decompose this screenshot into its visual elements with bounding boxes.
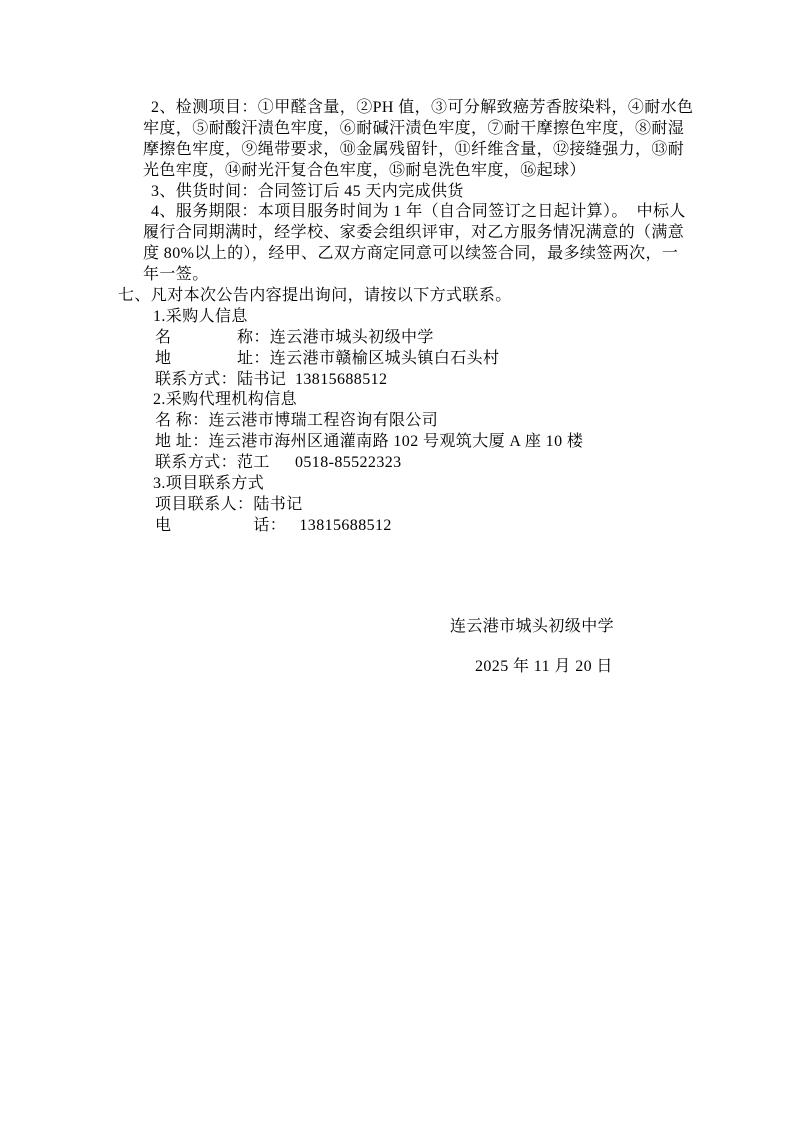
document-line: 3.项目联系方式 (153, 474, 793, 495)
document-line: 七、凡对本次公告内容提出询问，请按以下方式联系。 (118, 286, 793, 307)
document-line: 1.采购人信息 (153, 307, 793, 328)
document-line: 摩擦色牢度，⑨绳带要求，⑩金属残留针，⑪纤维含量，⑫接缝强力，⑬耐 (143, 140, 793, 161)
document-line: 地 址：连云港市赣榆区城头镇白石头村 (155, 349, 793, 370)
document-line: 光色牢度，⑭耐光汗复合色牢度，⑮耐皂洗色牢度，⑯起球） (143, 161, 793, 182)
document-line: 牢度，⑤耐酸汗渍色牢度，⑥耐碱汗渍色牢度，⑦耐干摩擦色牢度，⑧耐湿 (143, 119, 793, 140)
document-line: 3、供货时间：合同签订后 45 天内完成供货 (151, 182, 793, 203)
document-line: 履行合同期满时，经学校、家委会组织评审，对乙方服务情况满意的（满意 (143, 223, 793, 244)
document-line: 名 称：连云港市博瑞工程咨询有限公司 (155, 411, 793, 432)
document-line: 地 址：连云港市海州区通灌南路 102 号观筑大厦 A 座 10 楼 (155, 432, 793, 453)
document-line: 名 称：连云港市城头初级中学 (155, 328, 793, 349)
document-line: 年一签。 (143, 265, 793, 286)
document-line: 项目联系人：陆书记 (155, 495, 793, 516)
document-line: 联系方式：范工 0518-85522323 (155, 453, 793, 474)
document-line: 联系方式：陆书记 13815688512 (155, 370, 793, 391)
signature-date: 2025 年 11 月 20 日 (475, 657, 613, 678)
document-line: 4、服务期限：本项目服务时间为 1 年（自合同签订之日起计算）。 中标人 (151, 202, 793, 223)
document-body: 2、检测项目：①甲醛含量，②PH 值，③可分解致癌芳香胺染料，④耐水色牢度，⑤耐… (0, 98, 793, 537)
document-line: 电 话： 13815688512 (155, 516, 793, 537)
document-line: 度 80%以上的），经甲、乙双方商定同意可以续签合同，最多续签两次，一 (143, 244, 793, 265)
document-line: 2、检测项目：①甲醛含量，②PH 值，③可分解致癌芳香胺染料，④耐水色 (151, 98, 793, 119)
document-page: 2、检测项目：①甲醛含量，②PH 值，③可分解致癌芳香胺染料，④耐水色牢度，⑤耐… (0, 0, 793, 1122)
document-line: 2.采购代理机构信息 (153, 390, 793, 411)
signature-org: 连云港市城头初级中学 (450, 617, 614, 638)
